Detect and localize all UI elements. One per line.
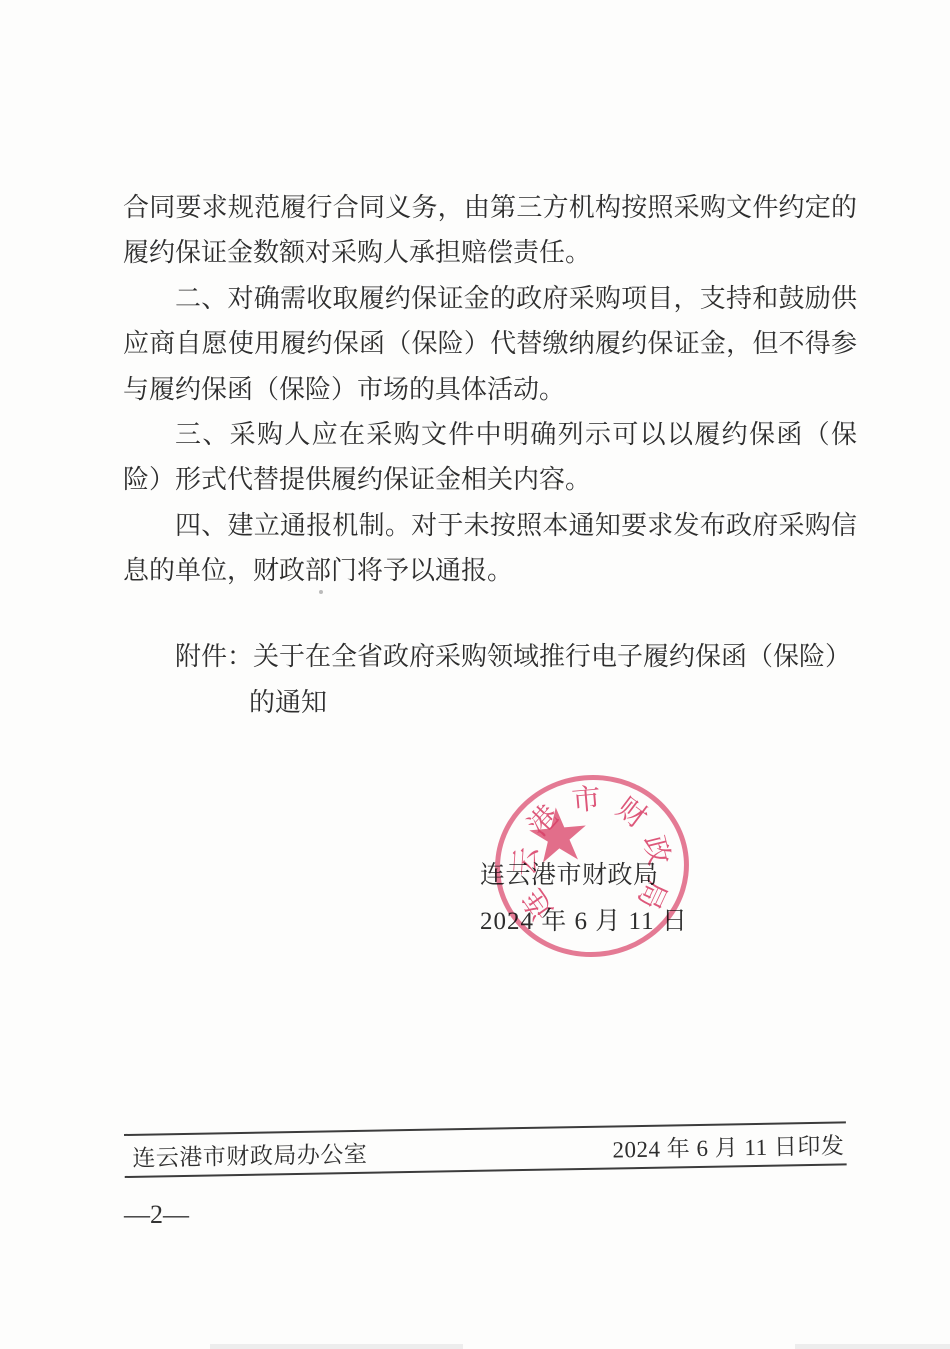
- attachment-line: 的通知: [123, 680, 883, 726]
- attachment-line: 附件：关于在全省政府采购领域推行电子履约保函（保险）: [123, 634, 883, 680]
- body-line: 应商自愿使用履约保函（保险）代替缴纳履约保证金，但不得参: [123, 321, 857, 366]
- seal-ring-char: 财: [609, 791, 654, 836]
- body-line: 合同要求规范履行合同义务，由第三方机构按照采购文件约定的: [123, 185, 857, 230]
- seal-ring-char: 市: [569, 783, 604, 818]
- scan-edge-artifact: [210, 1344, 463, 1349]
- document-page: 合同要求规范履行合同义务，由第三方机构按照采购文件约定的 履约保证金数额对采购人…: [0, 0, 950, 1349]
- page-number: —2—: [124, 1200, 189, 1230]
- signature-date: 2024 年 6 月 11 日: [480, 901, 688, 937]
- scan-speck: [319, 590, 323, 594]
- footer-colophon: 连云港市财政局办公室 2024 年 6 月 11 日印发: [124, 1121, 847, 1178]
- body-line: 息的单位，财政部门将予以通报。: [123, 548, 857, 593]
- scan-edge-artifact: [795, 1344, 950, 1349]
- footer-office: 连云港市财政局办公室: [132, 1135, 368, 1172]
- body-line: 与履约保函（保险）市场的具体活动。: [123, 367, 857, 412]
- body-line: 三、采购人应在采购文件中明确列示可以以履约保函（保: [123, 412, 857, 457]
- body-line: 险）形式代替提供履约保证金相关内容。: [123, 457, 857, 502]
- seal-ring-char: 港: [521, 798, 566, 843]
- signature-issuer: 连云港市财政局: [480, 855, 659, 891]
- body-line: 二、对确需收取履约保证金的政府采购项目，支持和鼓励供: [123, 276, 857, 321]
- body-line: 四、建立通报机制。对于未按照本通知要求发布政府采购信: [123, 503, 857, 548]
- footer-box: 连云港市财政局办公室 2024 年 6 月 11 日印发: [124, 1121, 847, 1178]
- footer-print-date: 2024 年 6 月 11 日印发: [612, 1127, 844, 1164]
- attachment-block: 附件：关于在全省政府采购领域推行电子履约保函（保险） 的通知: [123, 634, 883, 726]
- body-line: 履约保证金数额对采购人承担赔偿责任。: [123, 230, 857, 275]
- body-text: 合同要求规范履行合同义务，由第三方机构按照采购文件约定的 履约保证金数额对采购人…: [123, 185, 857, 594]
